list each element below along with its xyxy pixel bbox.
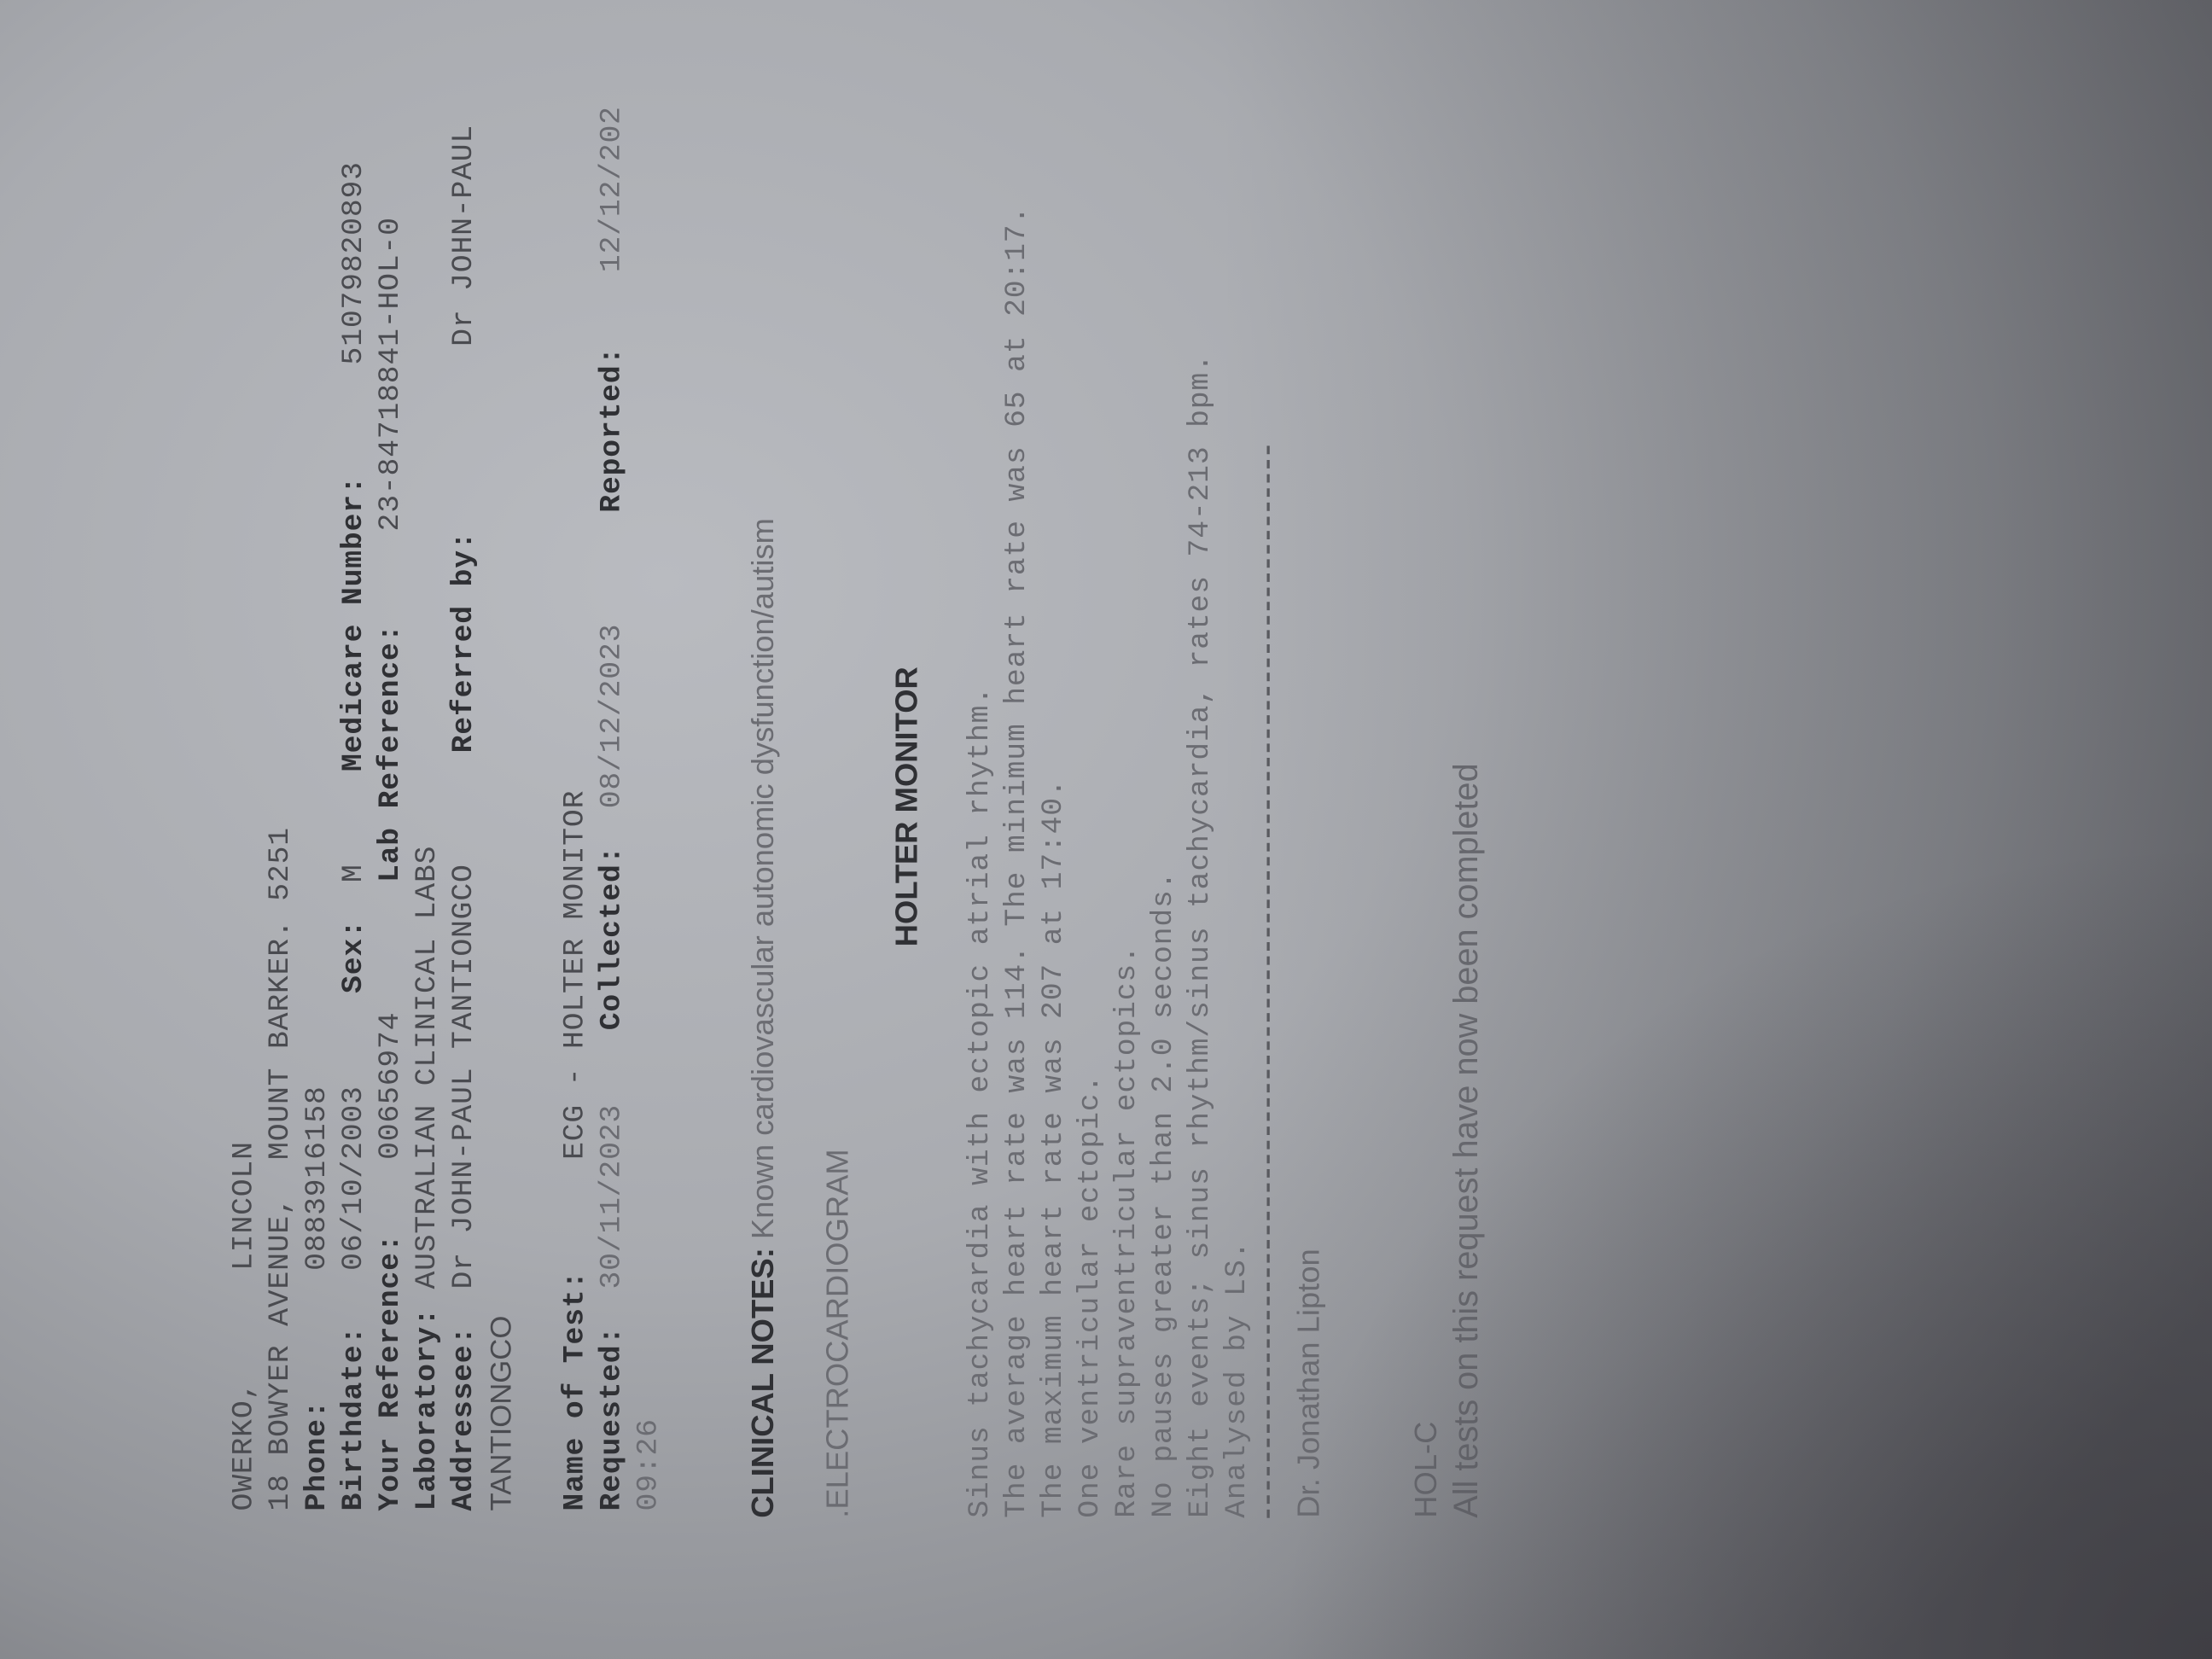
separator-line [1266,445,1269,1517]
addressee-row: Addressee: Dr JOHN-PAUL TANTIONGCO Refer… [450,125,480,1511]
report-heading: HOLTER MONITOR [892,667,923,946]
finding-line: The maximum heart rate was 207 at 17:40. [1039,778,1069,1517]
laboratory-label: Laboratory: [412,1307,445,1511]
addressee-label: Addressee: [449,1326,481,1511]
requested-time: 09:26 [635,1418,665,1511]
reference-row: Your Reference: 00656974 Lab Reference: … [376,217,406,1511]
referred-by-value: Dr JOHN-PAUL [449,125,481,346]
test-name-row: Name of Test: ECG - HOLTER MONITOR [562,790,591,1511]
test-name-label: Name of Test: [560,1271,592,1511]
referred-by-label: Referred by: [449,531,481,753]
birthdate-value: 06/10/2003 [339,1086,371,1271]
clinical-notes-text: Known cardiovascular autonomic dysfuncti… [745,518,780,1239]
reported-label: Reported: [597,346,629,513]
laboratory-value: AUSTRALIAN CLINICAL LABS [412,846,445,1289]
signatory: Dr. Jonathan Lipton [1294,1249,1324,1517]
addressee-value: Dr JOHN-PAUL TANTIONGCO [449,864,481,1289]
sex-value: M [339,864,371,882]
phone-row: Phone: 0883916158 [303,1086,333,1511]
finding-line: One ventricular ectopic. [1076,1074,1106,1518]
clinical-notes-label: CLINICAL NOTES: [745,1248,780,1518]
completion-note: All tests on this request have now been … [1450,763,1484,1517]
birthdate-label: Birthdate: [339,1326,371,1511]
finding-line: The average heart rate was 114. The mini… [1003,206,1033,1518]
report-code: HOL-C [1411,1422,1441,1518]
finding-line: Analysed by LS. [1223,1241,1253,1518]
your-reference-value: 00656974 [375,1012,408,1160]
lab-reference-label: Lab Reference: [375,624,408,882]
lab-reference-value: 23-84718841-HOL-0 [375,217,408,531]
laboratory-row: Laboratory: AUSTRALIAN CLINICAL LABS [413,846,443,1511]
sex-label: Sex: [339,919,371,993]
requested-label: Requested: [597,1326,629,1511]
test-name-value: ECG - HOLTER MONITOR [560,790,592,1160]
patient-name: OWERKO, LINCOLN [230,1141,259,1511]
birthdate-row: Birthdate: 06/10/2003 Sex: M Medicare Nu… [340,161,370,1511]
dates-row: Requested: 30/11/2023 Collected: 08/12/2… [598,106,628,1511]
finding-line: Eight events; sinus rhythm/sinus tachyca… [1186,353,1216,1518]
requested-value: 30/11/2023 [597,1104,629,1289]
collected-value: 08/12/2023 [597,624,629,809]
finding-line: No pauses greater than 2.0 seconds. [1150,871,1179,1518]
photo-stage: OWERKO, LINCOLN 18 BOWYER AVENUE, MOUNT … [0,0,2212,1659]
clinical-notes-row: CLINICAL NOTES: Known cardiovascular aut… [748,518,778,1518]
phone-label: Phone: [302,1400,335,1511]
your-reference-label: Your Reference: [375,1234,408,1511]
medicare-label: Medicare Number: [339,475,371,771]
pathology-report-page: OWERKO, LINCOLN 18 BOWYER AVENUE, MOUNT … [0,0,2212,1659]
patient-surname: OWERKO, [229,1382,261,1511]
reported-value: 12/12/202 [597,106,629,272]
collected-label: Collected: [597,846,629,1031]
patient-given-name: LINCOLN [229,1141,261,1271]
section-electrocardiogram: .ELECTROCARDIOGRAM [823,1149,853,1517]
phone-value: 0883916158 [302,1086,335,1271]
finding-line: Sinus tachycardia with ectopic atrial rh… [966,686,996,1518]
medicare-value: 51079820893 [339,161,371,364]
patient-address: 18 BOWYER AVENUE, MOUNT BARKER. 5251 [266,827,296,1511]
addressee-wrap: TANTIONGCO [486,1316,516,1511]
finding-line: Rare supraventricular ectopics. [1113,945,1143,1517]
